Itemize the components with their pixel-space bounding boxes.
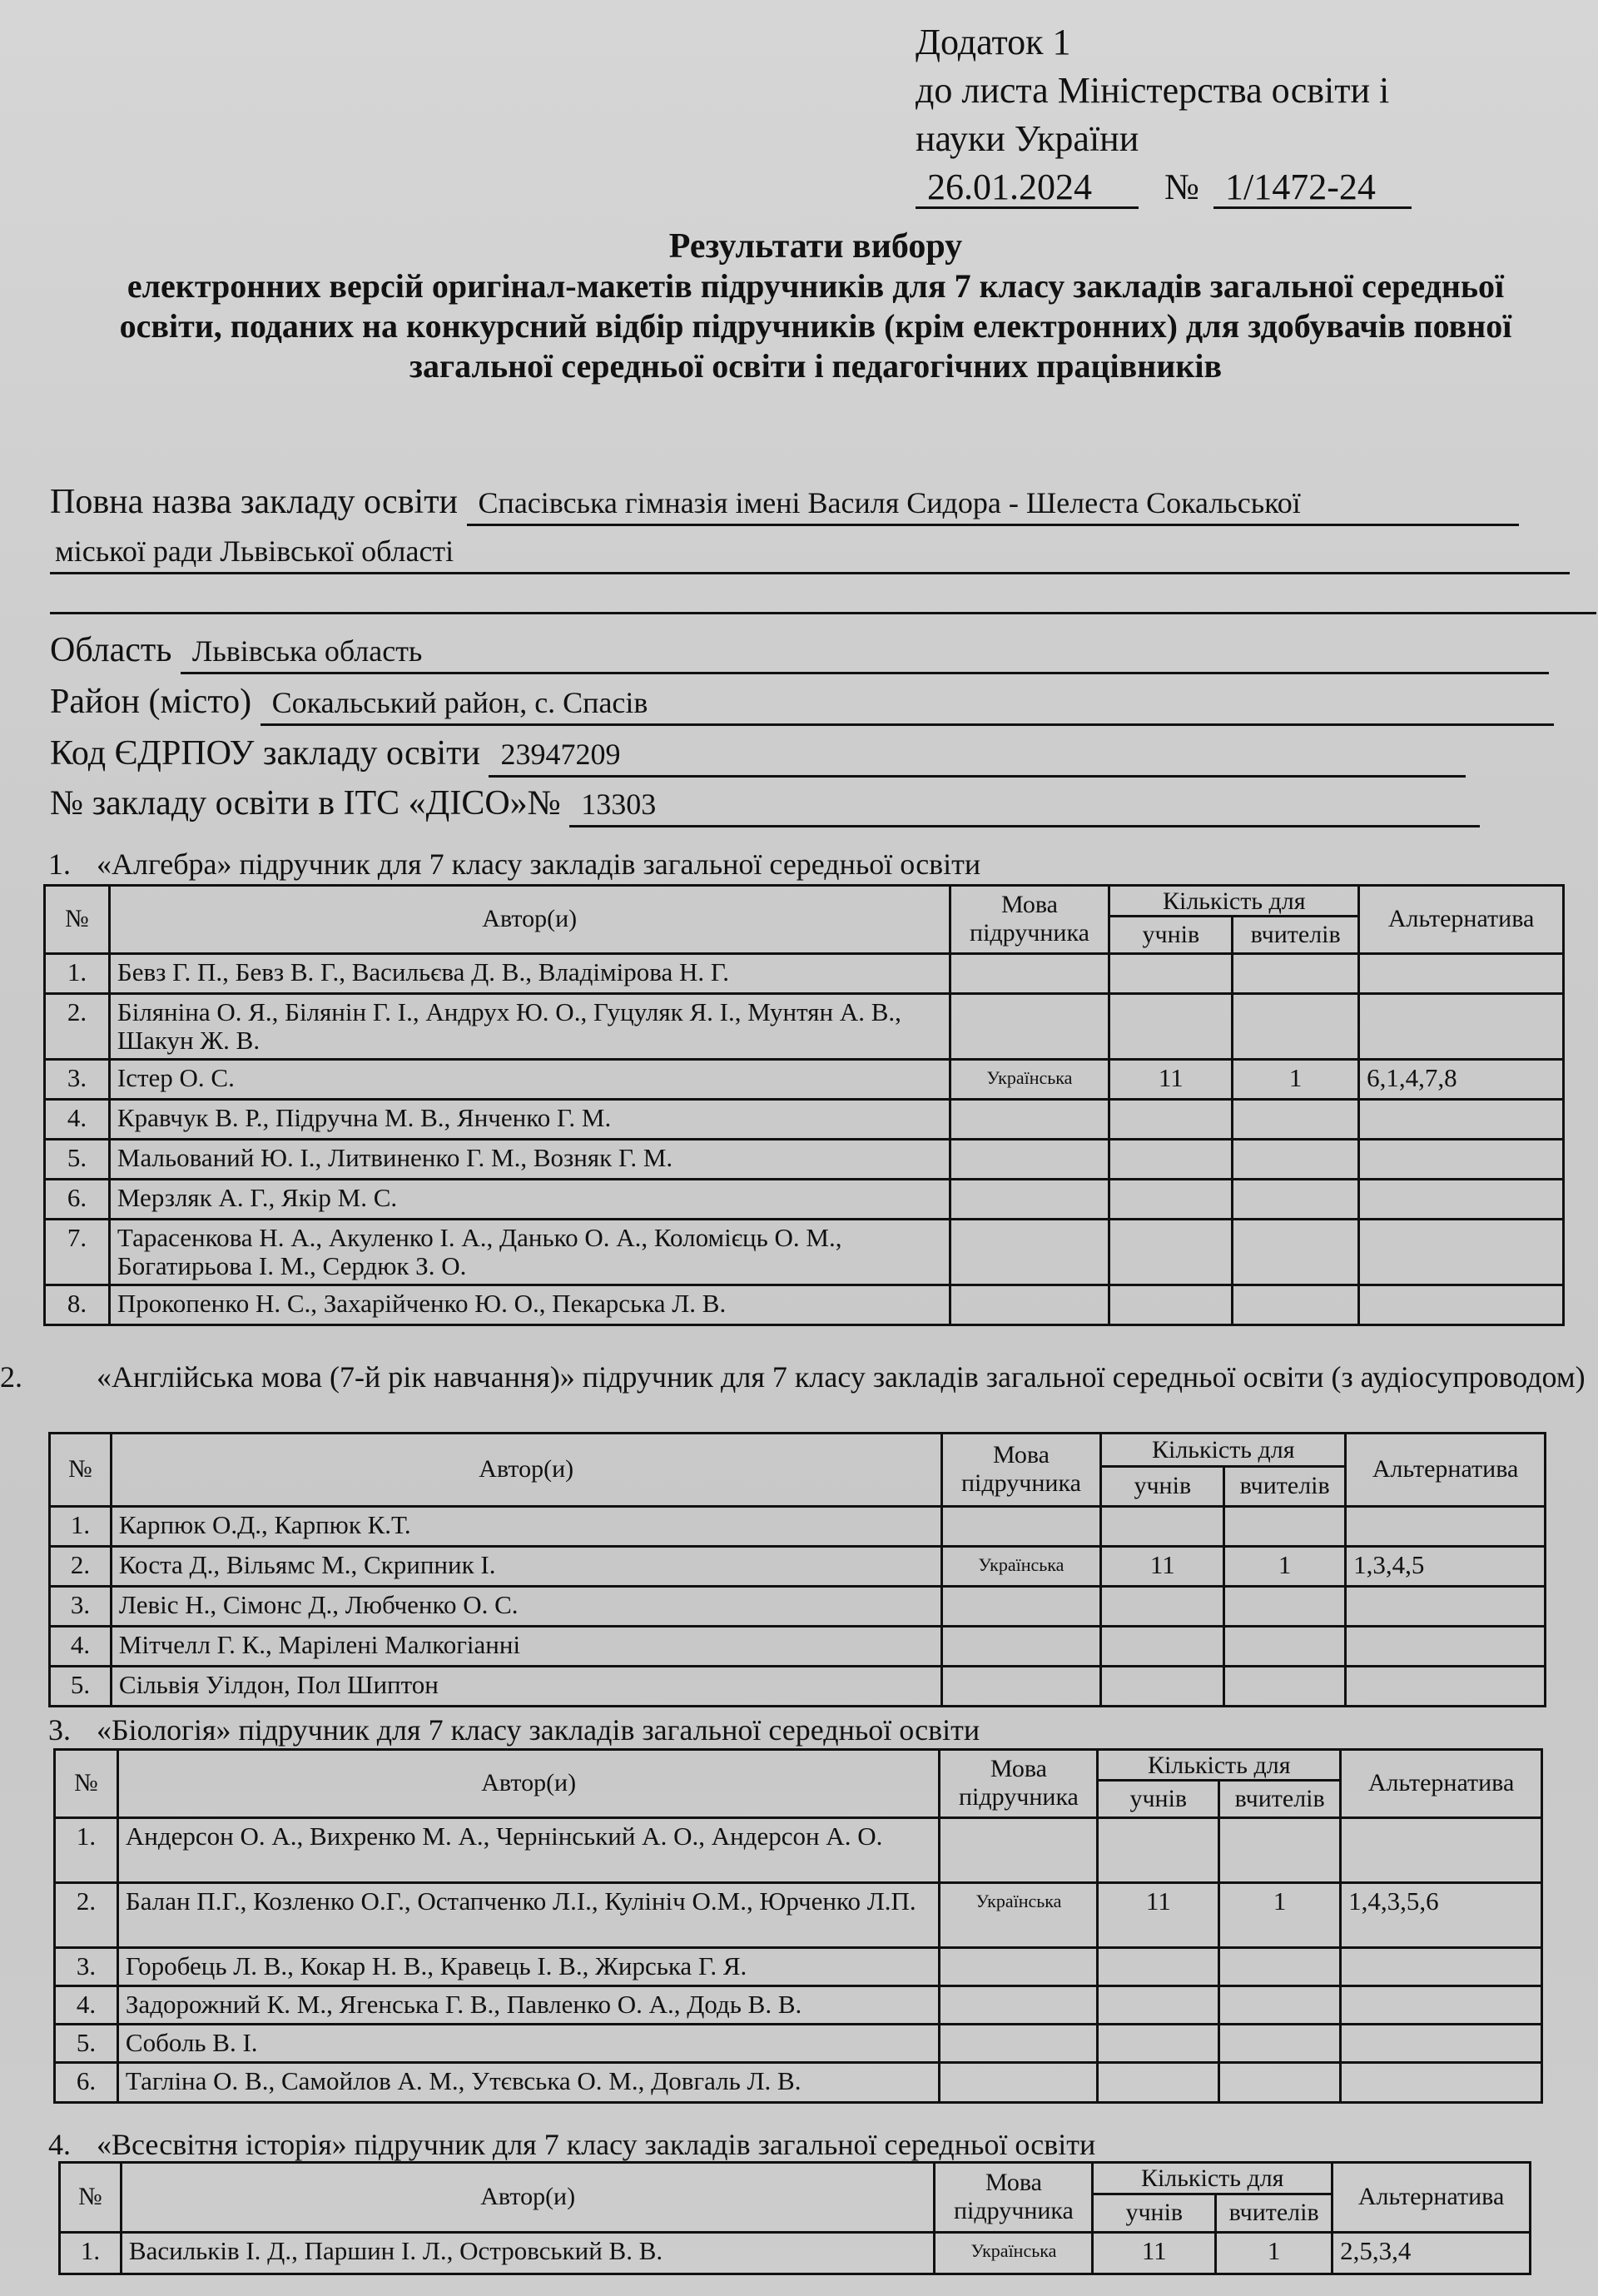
header-alternative: Альтернатива	[1346, 1434, 1546, 1507]
textbook-table-4: № Автор(и) Мова підручника Кількість для…	[58, 2161, 1531, 2275]
row-students-count	[1109, 993, 1233, 1059]
blank-line	[50, 612, 1596, 614]
header-alternative: Альтернатива	[1341, 1750, 1542, 1818]
row-authors: Соболь В. І.	[117, 2024, 940, 2062]
row-students-count	[1098, 2062, 1219, 2102]
header-quantity-for: Кількість для	[1101, 1434, 1346, 1467]
row-students-count: 11	[1101, 1546, 1224, 1586]
region-value: Львівська область	[181, 630, 1549, 674]
row-teachers-count	[1233, 1179, 1359, 1219]
table-row: 5.Мальований Ю. І., Литвиненко Г. М., Во…	[45, 1139, 1564, 1179]
row-language	[950, 1219, 1109, 1285]
row-authors: Істер О. С.	[109, 1059, 950, 1099]
row-alternative	[1341, 2062, 1542, 2102]
row-students-count	[1109, 1179, 1233, 1219]
row-authors: Біляніна О. Я., Білянін Г. І., Андрух Ю.…	[109, 993, 950, 1059]
table-row: 2.Балан П.Г., Козленко О.Г., Остапченко …	[55, 1882, 1542, 1947]
row-alternative	[1359, 993, 1564, 1059]
appendix-line-2: до листа Міністерства освіти і	[916, 67, 1412, 115]
row-teachers-count: 1	[1224, 1546, 1346, 1586]
row-language	[941, 1506, 1101, 1546]
table-row: 1.Васильків І. Д., Паршин І. Л., Островс…	[60, 2232, 1531, 2274]
row-authors: Карпюк О.Д., Карпюк К.Т.	[111, 1506, 941, 1546]
row-teachers-count	[1233, 1219, 1359, 1285]
row-alternative: 1,4,3,5,6	[1341, 1882, 1542, 1947]
region-field: Область Львівська область	[50, 629, 1590, 674]
header-language: Мова підручника	[940, 1750, 1098, 1818]
header-teachers: вчителів	[1224, 1466, 1346, 1506]
row-alternative	[1359, 953, 1564, 993]
header-quantity-for: Кількість для	[1098, 1750, 1341, 1781]
row-students-count: 11	[1109, 1059, 1233, 1099]
textbook-table-1: № Автор(и) Мова підручника Кількість для…	[43, 884, 1565, 1326]
row-language	[940, 2062, 1098, 2102]
row-teachers-count	[1224, 1626, 1346, 1666]
row-number: 6.	[45, 1179, 110, 1219]
row-students-count	[1109, 1099, 1233, 1139]
row-authors: Сільвія Уілдон, Пол Шиптон	[111, 1666, 941, 1706]
row-alternative	[1359, 1099, 1564, 1139]
table-row: 1.Бевз Г. П., Бевз В. Г., Васильєва Д. В…	[45, 953, 1564, 993]
school-name-field: Повна назва закладу освіти Спасівська гі…	[50, 481, 1590, 526]
section-number: 1.	[48, 847, 97, 881]
diso-field: № закладу освіти в ІТС «ДІСО»№ 13303	[50, 783, 1590, 827]
section-title: 2.«Англійська мова (7-й рік навчання)» п…	[48, 1359, 1595, 1395]
row-teachers-count: 1	[1233, 1059, 1359, 1099]
row-language	[950, 1139, 1109, 1179]
row-authors: Задорожний К. М., Ягенська Г. В., Павлен…	[117, 1985, 940, 2024]
row-number: 1.	[55, 1817, 118, 1882]
section-title: 4.«Всесвітня історія» підручник для 7 кл…	[48, 2128, 1546, 2161]
school-name-value-1: Спасівська гімназія імені Василя Сидора …	[467, 482, 1519, 526]
header-language: Мова підручника	[941, 1434, 1101, 1507]
row-number: 8.	[45, 1285, 110, 1324]
row-authors: Мітчелл Г. К., Марілені Малкогіанні	[111, 1626, 941, 1666]
row-language	[940, 1985, 1098, 2024]
row-alternative	[1346, 1586, 1546, 1626]
row-teachers-count	[1233, 953, 1359, 993]
table-row: 2.Коста Д., Вільямс М., Скрипник І.Украї…	[50, 1546, 1546, 1586]
row-language	[941, 1666, 1101, 1706]
textbook-table-2: № Автор(и) Мова підручника Кількість для…	[48, 1432, 1546, 1707]
row-teachers-count	[1219, 1817, 1341, 1882]
table-row: 7.Тарасенкова Н. А., Акуленко І. А., Дан…	[45, 1219, 1564, 1285]
header-students: учнів	[1098, 1780, 1219, 1817]
header-quantity-for: Кількість для	[1093, 2163, 1332, 2194]
row-number: 5.	[50, 1666, 112, 1706]
header-students: учнів	[1101, 1466, 1224, 1506]
table-row: 3.Горобець Л. В., Кокар Н. В., Кравець І…	[55, 1947, 1542, 1985]
row-students-count	[1098, 1985, 1219, 2024]
row-teachers-count	[1224, 1586, 1346, 1626]
section-title-text: «Всесвітня історія» підручник для 7 клас…	[97, 2128, 1095, 2161]
edrpou-label: Код ЄДРПОУ закладу освіти	[50, 734, 480, 773]
row-teachers-count	[1224, 1506, 1346, 1546]
number-label: №	[1164, 166, 1199, 207]
header-alternative: Альтернатива	[1332, 2163, 1531, 2233]
row-authors: Коста Д., Вільямс М., Скрипник І.	[111, 1546, 941, 1586]
table-row: 6.Тагліна О. В., Самойлов А. М., Утєвськ…	[55, 2062, 1542, 2102]
appendix-reference: 26.01.2024 № 1/1472-24	[916, 163, 1412, 211]
row-number: 1.	[45, 953, 110, 993]
table-row: 3.Істер О. С.Українська1116,1,4,7,8	[45, 1059, 1564, 1099]
section-title-text: «Біологія» підручник для 7 класу закладі…	[97, 1713, 980, 1747]
school-name-label: Повна назва закладу освіти	[50, 483, 458, 521]
row-language: Українська	[941, 1546, 1101, 1586]
row-number: 2.	[55, 1882, 118, 1947]
diso-value: 13303	[569, 783, 1480, 827]
row-language	[941, 1626, 1101, 1666]
header-authors: Автор(и)	[117, 1750, 940, 1818]
row-teachers-count	[1233, 993, 1359, 1059]
row-language	[950, 1285, 1109, 1324]
row-teachers-count: 1	[1216, 2232, 1332, 2274]
letter-number: 1/1472-24	[1213, 168, 1412, 209]
row-number: 5.	[45, 1139, 110, 1179]
region-label: Область	[50, 631, 171, 669]
row-authors: Кравчук В. Р., Підручна М. В., Янченко Г…	[109, 1099, 950, 1139]
title-subtitle: електронних версій оригінал-макетів підр…	[50, 266, 1581, 386]
row-students-count	[1109, 1139, 1233, 1179]
row-number: 2.	[50, 1546, 112, 1586]
table-row: 2.Біляніна О. Я., Білянін Г. І., Андрух …	[45, 993, 1564, 1059]
row-authors: Балан П.Г., Козленко О.Г., Остапченко Л.…	[117, 1882, 940, 1947]
row-students-count	[1101, 1586, 1224, 1626]
diso-label: № закладу освіти в ІТС «ДІСО»№	[50, 784, 561, 822]
row-alternative	[1346, 1666, 1546, 1706]
row-language	[940, 2024, 1098, 2062]
header-teachers: вчителів	[1233, 916, 1359, 953]
section-title: 1.«Алгебра» підручник для 7 класу заклад…	[48, 847, 1546, 881]
appendix-line-3: науки України	[916, 115, 1412, 163]
row-language	[950, 993, 1109, 1059]
table-row: 8.Прокопенко Н. С., Захарійченко Ю. О., …	[45, 1285, 1564, 1324]
table-row: 6.Мерзляк А. Г., Якір М. С.	[45, 1179, 1564, 1219]
row-number: 3.	[45, 1059, 110, 1099]
row-alternative: 1,3,4,5	[1346, 1546, 1546, 1586]
row-number: 5.	[55, 2024, 118, 2062]
district-value: Сокальський район, с. Спасів	[261, 682, 1554, 726]
row-students-count	[1109, 1219, 1233, 1285]
table-row: 1.Карпюк О.Д., Карпюк К.Т.	[50, 1506, 1546, 1546]
row-students-count	[1101, 1626, 1224, 1666]
edrpou-field: Код ЄДРПОУ закладу освіти 23947209	[50, 733, 1590, 778]
table-row: 5.Сільвія Уілдон, Пол Шиптон	[50, 1666, 1546, 1706]
table-row: 5.Соболь В. І.	[55, 2024, 1542, 2062]
section-title-text: «Англійська мова (7-й рік навчання)» під…	[97, 1360, 1586, 1394]
header-language: Мова підручника	[950, 886, 1109, 954]
header-students: учнів	[1093, 2194, 1216, 2232]
row-language	[950, 1099, 1109, 1139]
header-quantity-for: Кількість для	[1109, 886, 1359, 917]
header-num: №	[50, 1434, 112, 1507]
letter-date: 26.01.2024	[916, 168, 1139, 209]
row-alternative	[1359, 1179, 1564, 1219]
row-teachers-count	[1233, 1099, 1359, 1139]
table-row: 3.Левіс Н., Сімонс Д., Любченко О. С.	[50, 1586, 1546, 1626]
header-authors: Автор(и)	[111, 1434, 941, 1507]
row-alternative	[1359, 1139, 1564, 1179]
row-language	[940, 1817, 1098, 1882]
header-teachers: вчителів	[1216, 2194, 1332, 2232]
row-number: 1.	[50, 1506, 112, 1546]
row-students-count: 11	[1098, 1882, 1219, 1947]
row-students-count	[1098, 2024, 1219, 2062]
row-teachers-count	[1233, 1139, 1359, 1179]
header-students: учнів	[1109, 916, 1233, 953]
section-number: 2.	[48, 1359, 97, 1395]
row-teachers-count: 1	[1219, 1882, 1341, 1947]
row-alternative	[1341, 1817, 1542, 1882]
row-teachers-count	[1224, 1666, 1346, 1706]
header-num: №	[55, 1750, 118, 1818]
row-students-count	[1101, 1506, 1224, 1546]
row-authors: Левіс Н., Сімонс Д., Любченко О. С.	[111, 1586, 941, 1626]
row-alternative	[1346, 1506, 1546, 1546]
row-authors: Васильків І. Д., Паршин І. Л., Островськ…	[121, 2232, 935, 2274]
row-alternative	[1341, 2024, 1542, 2062]
row-alternative	[1346, 1626, 1546, 1666]
school-name-field-line-2: міської ради Львівської області	[50, 529, 1590, 574]
section-title-text: «Алгебра» підручник для 7 класу закладів…	[97, 847, 980, 881]
header-authors: Автор(и)	[121, 2163, 935, 2233]
row-number: 4.	[45, 1099, 110, 1139]
row-students-count	[1098, 1947, 1219, 1985]
header-num: №	[45, 886, 110, 954]
row-authors: Мерзляк А. Г., Якір М. С.	[109, 1179, 950, 1219]
row-students-count: 11	[1093, 2232, 1216, 2274]
header-alternative: Альтернатива	[1359, 886, 1564, 954]
textbook-table-3: № Автор(и) Мова підручника Кількість для…	[53, 1748, 1543, 2104]
row-students-count	[1109, 953, 1233, 993]
row-authors: Мальований Ю. І., Литвиненко Г. М., Возн…	[109, 1139, 950, 1179]
row-alternative	[1359, 1285, 1564, 1324]
header-num: №	[60, 2163, 122, 2233]
row-number: 3.	[50, 1586, 112, 1626]
row-alternative	[1341, 1985, 1542, 2024]
header-teachers: вчителів	[1219, 1780, 1341, 1817]
row-number: 2.	[45, 993, 110, 1059]
appendix-block: Додаток 1 до листа Міністерства освіти і…	[916, 18, 1412, 211]
row-language: Українська	[940, 1882, 1098, 1947]
school-name-value-2: міської ради Львівської області	[50, 530, 1570, 574]
row-teachers-count	[1219, 2024, 1341, 2062]
row-authors: Прокопенко Н. С., Захарійченко Ю. О., Пе…	[109, 1285, 950, 1324]
appendix-line-1: Додаток 1	[916, 18, 1412, 67]
row-alternative	[1341, 1947, 1542, 1985]
row-teachers-count	[1219, 1947, 1341, 1985]
row-language: Українська	[935, 2232, 1093, 2274]
row-language: Українська	[950, 1059, 1109, 1099]
row-students-count	[1098, 1817, 1219, 1882]
table-row: 4.Задорожний К. М., Ягенська Г. В., Павл…	[55, 1985, 1542, 2024]
header-language: Мова підручника	[935, 2163, 1093, 2233]
table-row: 4.Кравчук В. Р., Підручна М. В., Янченко…	[45, 1099, 1564, 1139]
row-authors: Тарасенкова Н. А., Акуленко І. А., Даньк…	[109, 1219, 950, 1285]
row-alternative: 6,1,4,7,8	[1359, 1059, 1564, 1099]
row-number: 3.	[55, 1947, 118, 1985]
section-number: 3.	[48, 1713, 97, 1747]
row-language	[950, 953, 1109, 993]
row-teachers-count	[1233, 1285, 1359, 1324]
row-students-count	[1109, 1285, 1233, 1324]
row-number: 7.	[45, 1219, 110, 1285]
row-language	[940, 1947, 1098, 1985]
row-language	[941, 1586, 1101, 1626]
district-label: Район (місто)	[50, 683, 251, 721]
document-title: Результати вибору електронних версій ори…	[50, 226, 1581, 386]
row-authors: Тагліна О. В., Самойлов А. М., Утєвська …	[117, 2062, 940, 2102]
district-field: Район (місто) Сокальський район, с. Спас…	[50, 681, 1590, 726]
section-title: 3.«Біологія» підручник для 7 класу закла…	[48, 1713, 1546, 1747]
section-number: 4.	[48, 2128, 97, 2161]
row-authors: Бевз Г. П., Бевз В. Г., Васильєва Д. В.,…	[109, 953, 950, 993]
row-number: 6.	[55, 2062, 118, 2102]
row-teachers-count	[1219, 1985, 1341, 2024]
header-authors: Автор(и)	[109, 886, 950, 954]
row-teachers-count	[1219, 2062, 1341, 2102]
table-row: 4.Мітчелл Г. К., Марілені Малкогіанні	[50, 1626, 1546, 1666]
table-row: 1.Андерсон О. А., Вихренко М. А., Чернін…	[55, 1817, 1542, 1882]
row-number: 4.	[50, 1626, 112, 1666]
row-authors: Андерсон О. А., Вихренко М. А., Чернінсь…	[117, 1817, 940, 1882]
row-students-count	[1101, 1666, 1224, 1706]
edrpou-value: 23947209	[489, 733, 1466, 778]
row-number: 1.	[60, 2232, 122, 2274]
title-line-1: Результати вибору	[50, 226, 1581, 266]
row-alternative: 2,5,3,4	[1332, 2232, 1531, 2274]
row-alternative	[1359, 1219, 1564, 1285]
row-language	[950, 1179, 1109, 1219]
row-number: 4.	[55, 1985, 118, 2024]
row-authors: Горобець Л. В., Кокар Н. В., Кравець І. …	[117, 1947, 940, 1985]
